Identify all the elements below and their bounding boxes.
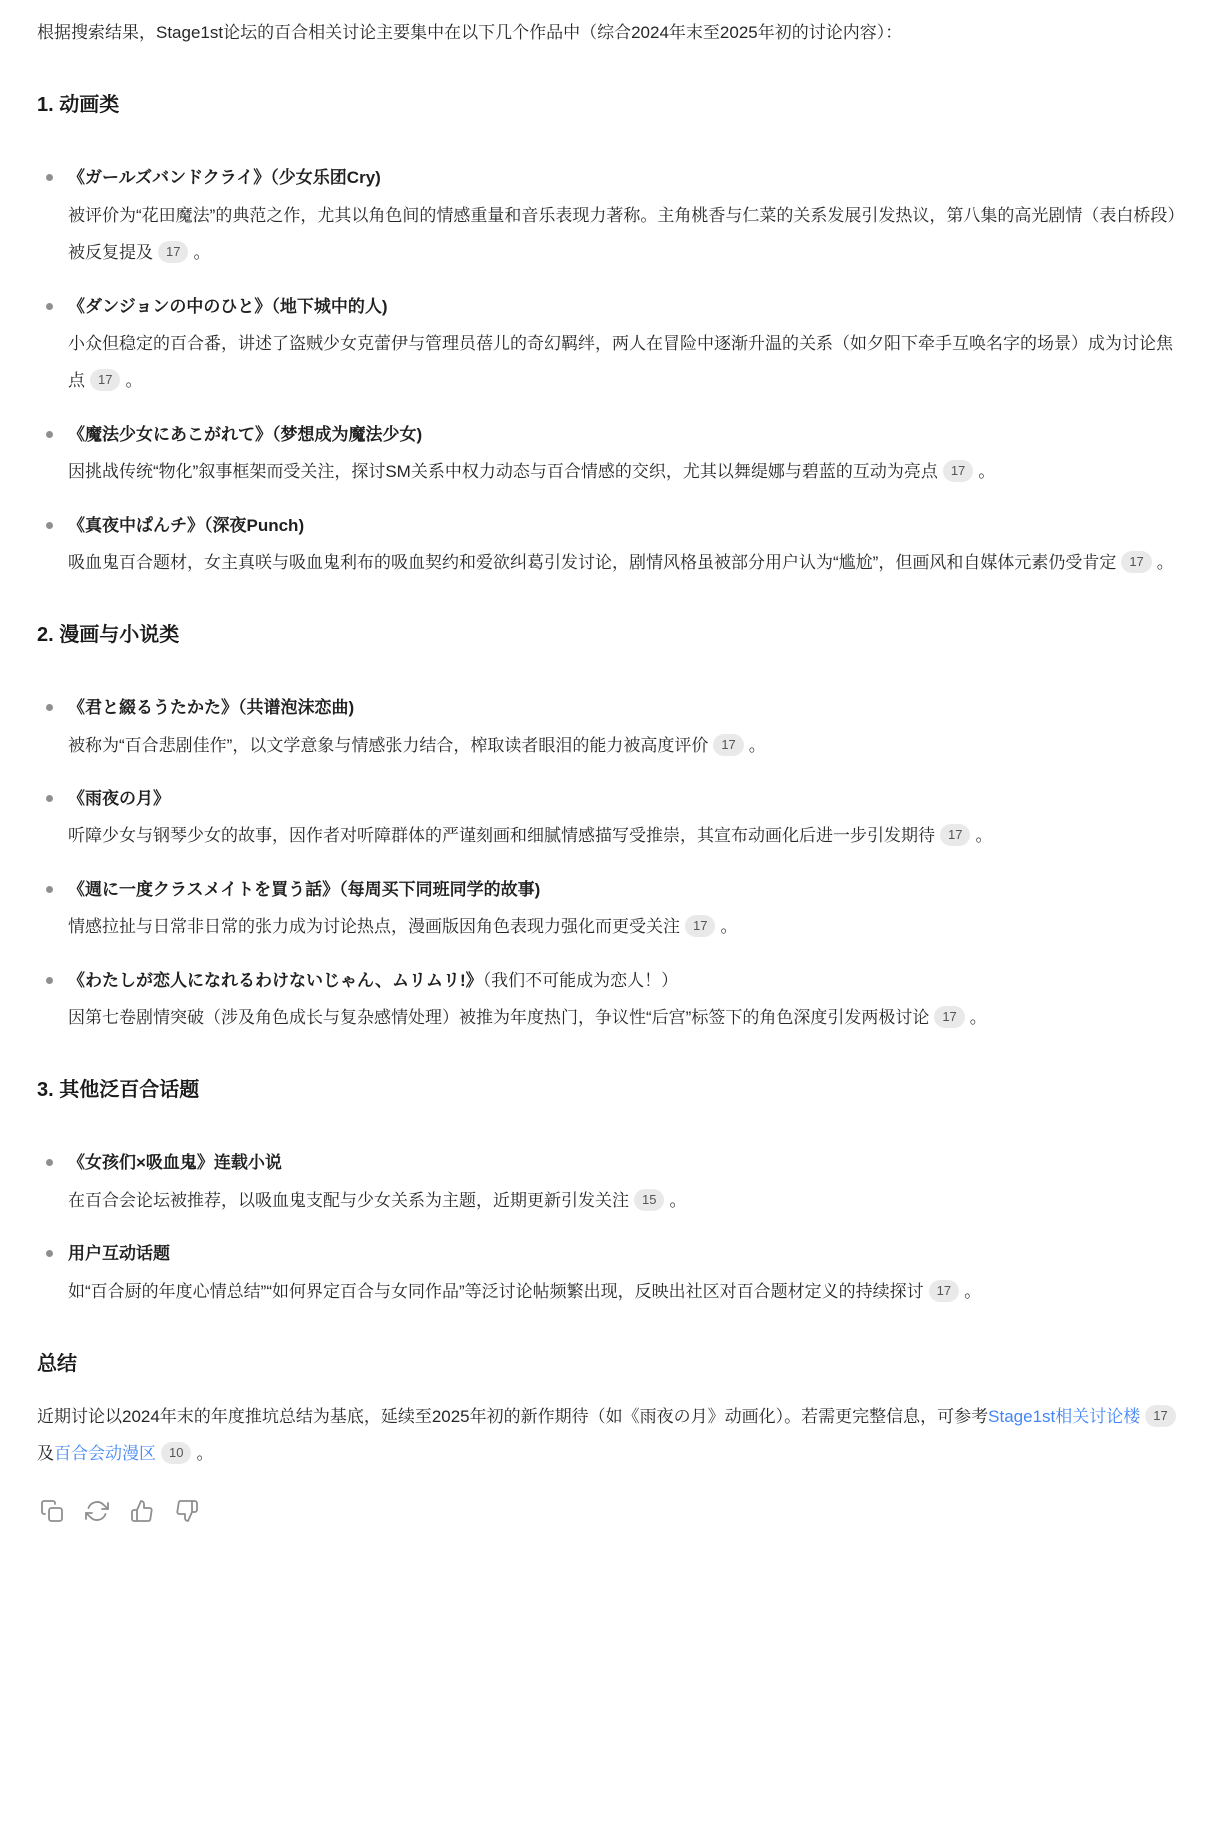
section-heading-anime: 1. 动画类 — [37, 91, 1185, 119]
item-description: 如“百合厨的年度心情总结”“如何界定百合与女同作品”等泛讨论帖频繁出现，反映出社… — [68, 1273, 1185, 1310]
citation-badge[interactable]: 17 — [934, 1006, 964, 1028]
item-text: 被称为“百合悲剧佳作”，以文学意象与情感张力结合，榨取读者眼泪的能力被高度评价 — [68, 736, 708, 755]
item-text: 情感拉扯与日常非日常的张力成为讨论热点，漫画版因角色表现力强化而更受关注 — [68, 917, 680, 936]
item-title: 《君と綴るうたかた》（共谱泡沫恋曲) — [68, 689, 1185, 726]
item-title: 《ダンジョンの中のひと》（地下城中的人) — [68, 288, 1185, 325]
bullet-icon — [46, 1159, 53, 1166]
item-title: 用户互动话题 — [68, 1235, 1185, 1272]
citation-badge[interactable]: 15 — [634, 1189, 664, 1211]
bullet-icon — [46, 977, 53, 984]
period: 。 — [975, 826, 992, 845]
copy-icon — [40, 1499, 64, 1523]
anime-list: 《ガールズバンドクライ》（少女乐团Cry) 被评价为“花田魔法”的典范之作，尤其… — [37, 133, 1185, 581]
item-text: 小众但稳定的百合番，讲述了盗贼少女克蕾伊与管理员蓓儿的奇幻羁绊，两人在冒险中逐渐… — [68, 334, 1173, 390]
item-mayonaka-punch: 《真夜中ぱんチ》（深夜Punch) 吸血鬼百合题材，女主真咲与吸血鬼利布的吸血契… — [46, 507, 1185, 582]
link-yurihui-anime-zone[interactable]: 百合会动漫区 — [54, 1444, 156, 1463]
period: 。 — [978, 462, 995, 481]
citation-badge[interactable]: 17 — [713, 734, 743, 756]
bullet-icon — [46, 886, 53, 893]
regenerate-icon — [85, 1499, 109, 1523]
bullet-icon — [46, 431, 53, 438]
item-title: 《魔法少女にあこがれて》（梦想成为魔法少女) — [68, 416, 1185, 453]
item-user-interaction-topics: 用户互动话题 如“百合厨的年度心情总结”“如何界定百合与女同作品”等泛讨论帖频繁… — [46, 1235, 1185, 1310]
period: 。 — [749, 736, 766, 755]
citation-badge[interactable]: 17 — [685, 915, 715, 937]
citation-badge[interactable]: 17 — [90, 369, 120, 391]
item-text: 被评价为“花田魔法”的典范之作，尤其以角色间的情感重量和音乐表现力著称。主角桃香… — [68, 206, 1184, 262]
intro-paragraph: 根据搜索结果，Stage1st论坛的百合相关讨论主要集中在以下几个作品中（综合2… — [37, 14, 1185, 51]
section-heading-manga-novel: 2. 漫画与小说类 — [37, 621, 1185, 649]
bullet-icon — [46, 303, 53, 310]
item-text: 如“百合厨的年度心情总结”“如何界定百合与女同作品”等泛讨论帖频繁出现，反映出社… — [68, 1282, 924, 1301]
item-title: 《真夜中ぱんチ》（深夜Punch) — [68, 507, 1185, 544]
period: 。 — [1157, 553, 1174, 572]
item-text: 因第七卷剧情突破（涉及角色成长与复杂感情处理）被推为年度热门，争议性“后宫”标签… — [68, 1008, 929, 1027]
item-girls-x-vampire: 《女孩们×吸血鬼》连载小说 在百合会论坛被推荐，以吸血鬼支配与少女关系为主题，近… — [46, 1144, 1185, 1219]
item-title-note: （我们不可能成为恋人！） — [483, 971, 679, 990]
item-description: 小众但稳定的百合番，讲述了盗贼少女克蕾伊与管理员蓓儿的奇幻羁绊，两人在冒险中逐渐… — [68, 325, 1185, 400]
period: 。 — [964, 1282, 981, 1301]
bullet-icon — [46, 1250, 53, 1257]
thumbs-down-icon — [175, 1499, 199, 1523]
citation-badge[interactable]: 17 — [158, 241, 188, 263]
period: 。 — [196, 1444, 213, 1463]
period: 。 — [193, 243, 210, 262]
message-actions — [37, 1497, 1185, 1525]
item-description: 听障少女与钢琴少女的故事，因作者对听障群体的严谨刻画和细腻情感描写受推崇，其宣布… — [68, 817, 1185, 854]
bullet-icon — [46, 704, 53, 711]
bullet-icon — [46, 174, 53, 181]
item-title: 《週に一度クラスメイトを買う話》（每周买下同班同学的故事) — [68, 871, 1185, 908]
period: 。 — [720, 917, 737, 936]
item-description: 情感拉扯与日常非日常的张力成为讨论热点，漫画版因角色表现力强化而更受关注17。 — [68, 908, 1185, 945]
item-title: 《ガールズバンドクライ》（少女乐团Cry) — [68, 159, 1185, 196]
item-title: 《女孩们×吸血鬼》连载小说 — [68, 1144, 1185, 1181]
manga-novel-list: 《君と綴るうたかた》（共谱泡沫恋曲) 被称为“百合悲剧佳作”，以文学意象与情感张… — [37, 663, 1185, 1036]
item-girls-band-cry: 《ガールズバンドクライ》（少女乐团Cry) 被评价为“花田魔法”的典范之作，尤其… — [46, 159, 1185, 271]
item-description: 因挑战传统“物化”叙事框架而受关注，探讨SM关系中权力动态与百合情感的交织，尤其… — [68, 453, 1185, 490]
thumbs-up-button[interactable] — [128, 1497, 156, 1525]
summary-heading: 总结 — [37, 1350, 1185, 1378]
period: 。 — [669, 1191, 686, 1210]
item-description: 被称为“百合悲剧佳作”，以文学意象与情感张力结合，榨取读者眼泪的能力被高度评价1… — [68, 727, 1185, 764]
period: 。 — [970, 1008, 987, 1027]
assistant-message: 根据搜索结果，Stage1st论坛的百合相关讨论主要集中在以下几个作品中（综合2… — [0, 0, 1222, 1565]
item-title: 《わたしが恋人になれるわけないじゃん、ムリムリ!》（我们不可能成为恋人！） — [68, 962, 1185, 999]
link-stage1st-thread[interactable]: Stage1st相关讨论楼 — [988, 1407, 1140, 1426]
copy-button[interactable] — [38, 1497, 66, 1525]
item-text: 因挑战传统“物化”叙事框架而受关注，探讨SM关系中权力动态与百合情感的交织，尤其… — [68, 462, 938, 481]
item-title: 《雨夜の月》 — [68, 780, 1185, 817]
item-description: 被评价为“花田魔法”的典范之作，尤其以角色间的情感重量和音乐表现力著称。主角桃香… — [68, 197, 1185, 272]
thumbs-up-icon — [130, 1499, 154, 1523]
item-dungeon-no-naka: 《ダンジョンの中のひと》（地下城中的人) 小众但稳定的百合番，讲述了盗贼少女克蕾… — [46, 288, 1185, 400]
item-description: 吸血鬼百合题材，女主真咲与吸血鬼利布的吸血契约和爱欲纠葛引发讨论，剧情风格虽被部… — [68, 544, 1185, 581]
item-text: 吸血鬼百合题材，女主真咲与吸血鬼利布的吸血契约和爱欲纠葛引发讨论，剧情风格虽被部… — [68, 553, 1116, 572]
citation-badge[interactable]: 17 — [1145, 1405, 1175, 1427]
summary-paragraph: 近期讨论以2024年末的年度推坑总结为基底，延续至2025年初的新作期待（如《雨… — [37, 1398, 1185, 1473]
other-topics-list: 《女孩们×吸血鬼》连载小说 在百合会论坛被推荐，以吸血鬼支配与少女关系为主题，近… — [37, 1118, 1185, 1310]
item-text: 听障少女与钢琴少女的故事，因作者对听障群体的严谨刻画和细腻情感描写受推崇，其宣布… — [68, 826, 935, 845]
citation-badge[interactable]: 10 — [161, 1442, 191, 1464]
thumbs-down-button[interactable] — [173, 1497, 201, 1525]
section-heading-other-yuri: 3. 其他泛百合话题 — [37, 1076, 1185, 1104]
item-kimi-to-tsuzuru: 《君と綴るうたかた》（共谱泡沫恋曲) 被称为“百合悲剧佳作”，以文学意象与情感张… — [46, 689, 1185, 764]
citation-badge[interactable]: 17 — [1121, 551, 1151, 573]
bullet-icon — [46, 795, 53, 802]
item-shuu-ni-ichido: 《週に一度クラスメイトを買う話》（每周买下同班同学的故事) 情感拉扯与日常非日常… — [46, 871, 1185, 946]
item-uyoru-no-tsuki: 《雨夜の月》 听障少女与钢琴少女的故事，因作者对听障群体的严谨刻画和细腻情感描写… — [46, 780, 1185, 855]
summary-connector: 及 — [37, 1444, 54, 1463]
citation-badge[interactable]: 17 — [929, 1280, 959, 1302]
item-watashi-ga-koibito: 《わたしが恋人になれるわけないじゃん、ムリムリ!》（我们不可能成为恋人！） 因第… — [46, 962, 1185, 1037]
item-mahou-shoujo-akogarete: 《魔法少女にあこがれて》（梦想成为魔法少女) 因挑战传统“物化”叙事框架而受关注… — [46, 416, 1185, 491]
summary-text: 近期讨论以2024年末的年度推坑总结为基底，延续至2025年初的新作期待（如《雨… — [37, 1407, 988, 1426]
bullet-icon — [46, 522, 53, 529]
item-description: 在百合会论坛被推荐，以吸血鬼支配与少女关系为主题，近期更新引发关注15。 — [68, 1182, 1185, 1219]
item-description: 因第七卷剧情突破（涉及角色成长与复杂感情处理）被推为年度热门，争议性“后宫”标签… — [68, 999, 1185, 1036]
citation-badge[interactable]: 17 — [943, 460, 973, 482]
period: 。 — [125, 371, 142, 390]
citation-badge[interactable]: 17 — [940, 824, 970, 846]
item-text: 在百合会论坛被推荐，以吸血鬼支配与少女关系为主题，近期更新引发关注 — [68, 1191, 629, 1210]
regenerate-button[interactable] — [83, 1497, 111, 1525]
